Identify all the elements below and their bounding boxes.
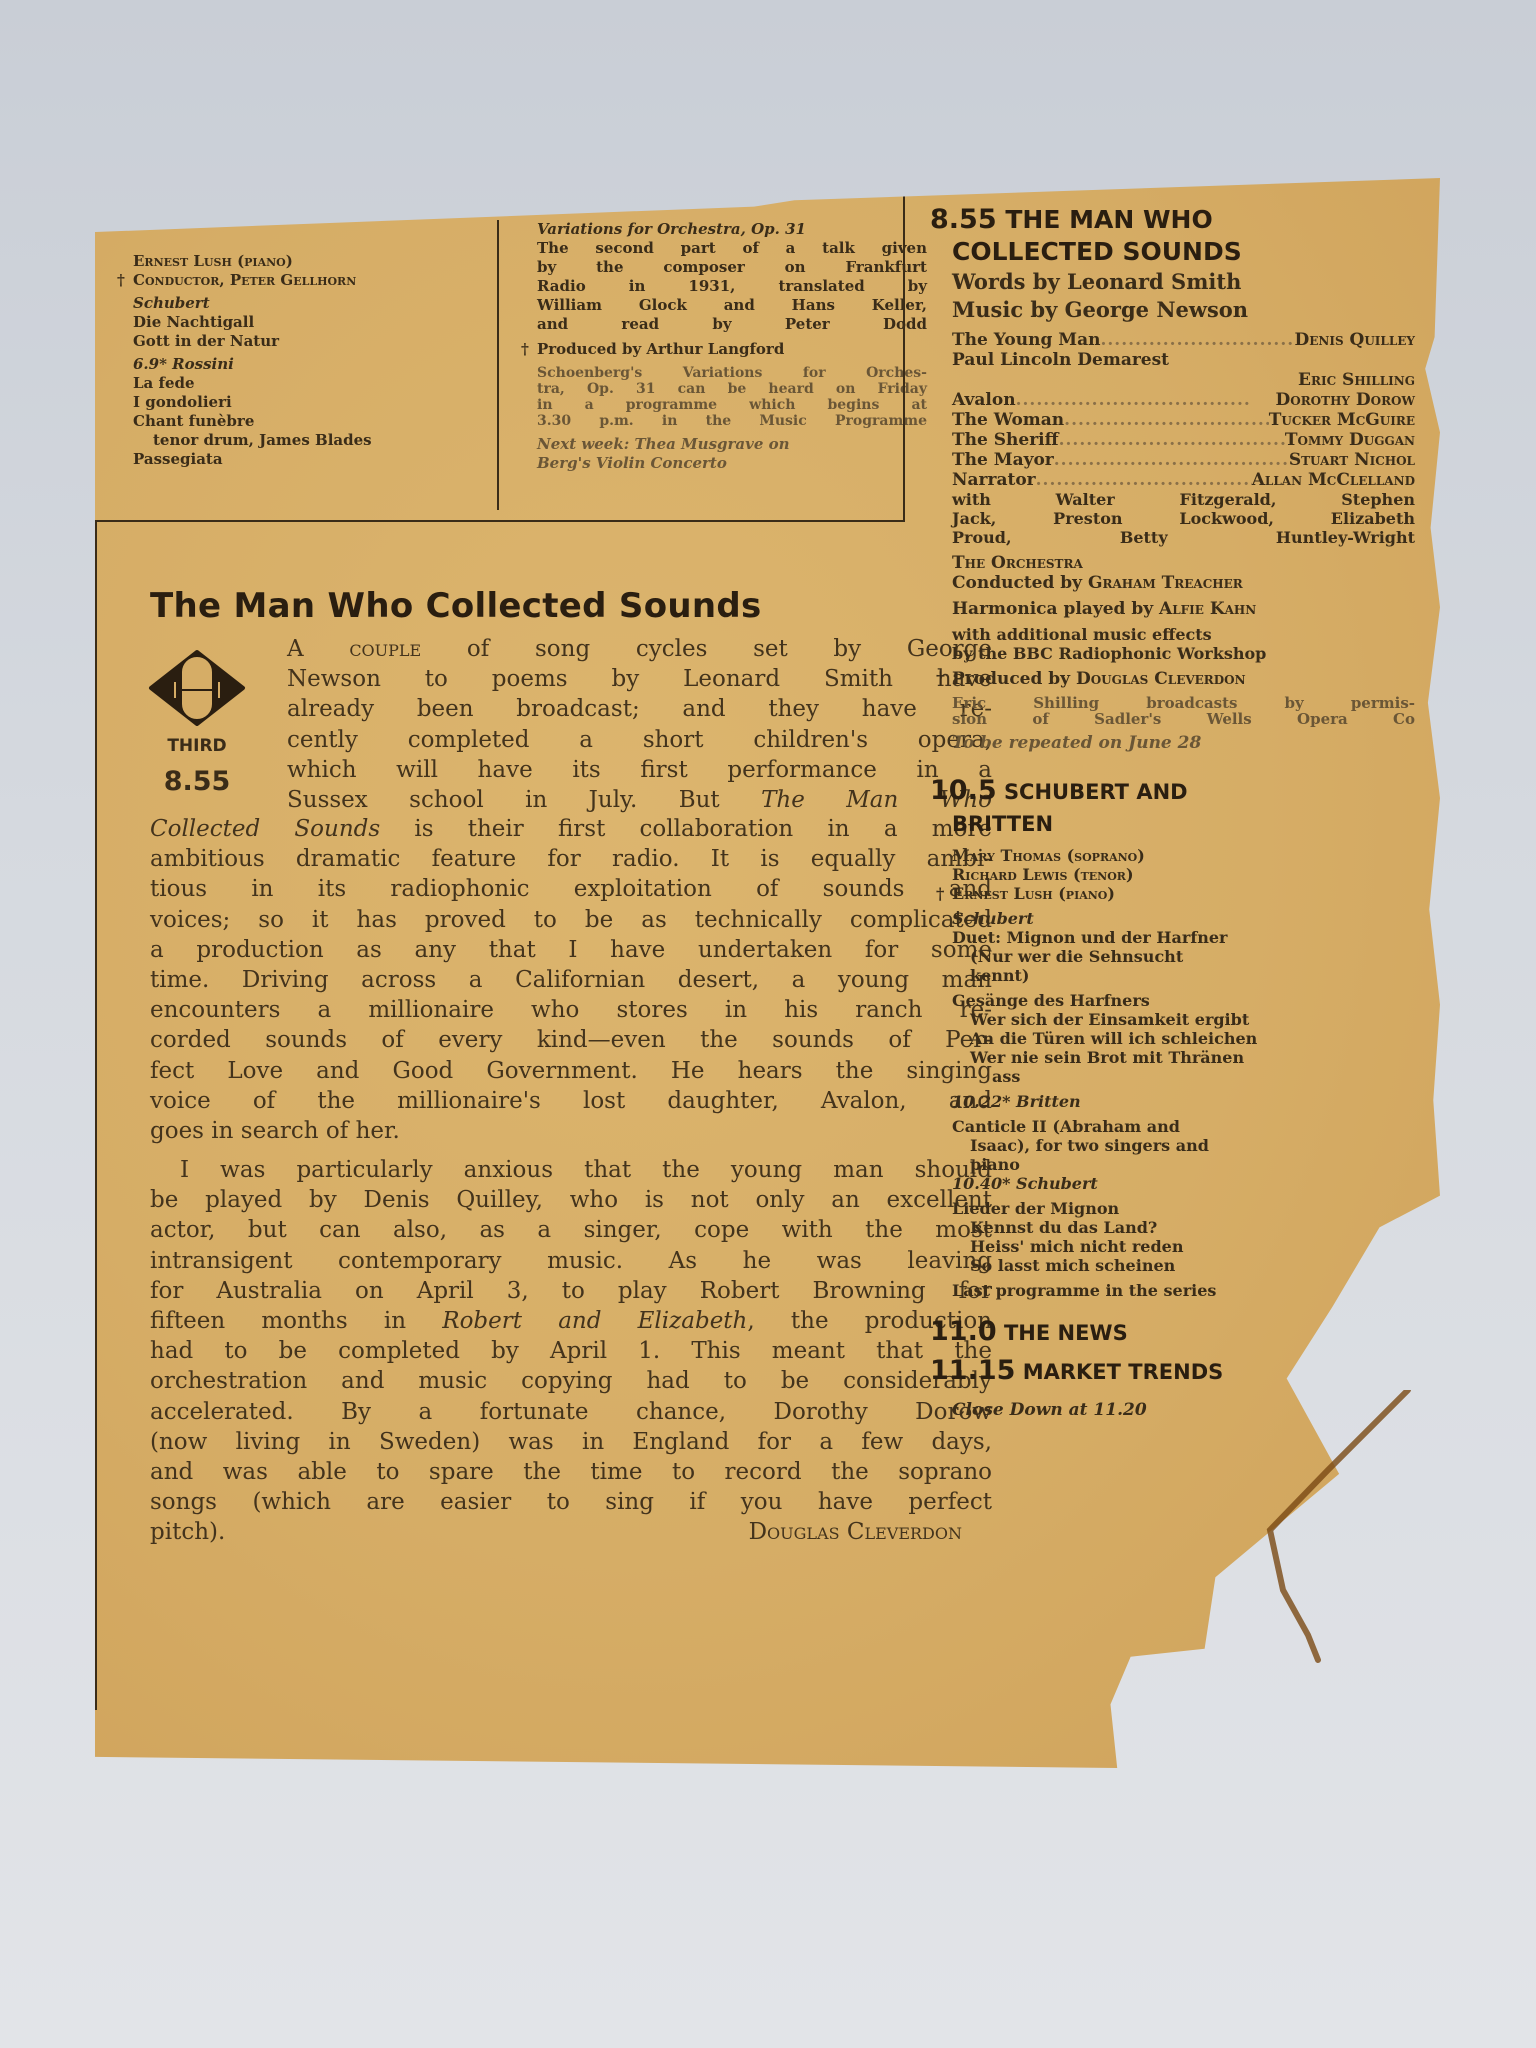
programme-item: kennt): [952, 966, 1415, 985]
text-line: (now living in Sweden) was in England fo…: [150, 1427, 992, 1457]
listing-line: Ernest Lush (piano): [133, 252, 523, 271]
supporting-cast: with Walter Fitzgerald, StephenJack, Pre…: [952, 490, 1415, 547]
programme-item: Wer nie sein Brot mit Thränen: [952, 1048, 1415, 1067]
text-line: already been broadcast; and they have re…: [287, 694, 992, 724]
programme-item: ass: [952, 1067, 1415, 1086]
text-line: and read by Peter Dodd: [537, 315, 927, 334]
text-line: in a programme which begins at: [537, 397, 927, 413]
text-line: with Walter Fitzgerald, Stephen: [952, 490, 1415, 509]
programme-item: (Nur wer die Sehnsucht: [952, 947, 1415, 966]
text-line: time. Driving across a Californian deser…: [150, 965, 992, 995]
listing-line: tenor drum, James Blades: [133, 431, 523, 450]
text-line: accelerated. By a fortunate chance, Doro…: [150, 1397, 992, 1427]
broadcast-time: 8.55: [147, 766, 247, 797]
close-down-note: Close Down at 11.20: [930, 1400, 1415, 1420]
cast-row: The Young Man...........................…: [952, 330, 1415, 350]
leader-dots: ..................................: [1036, 470, 1252, 490]
article-lead: A couple of song cycles set by GeorgeNew…: [287, 634, 992, 815]
text-line: Sussex school in July. But The Man Who: [287, 785, 992, 815]
text-line: with additional music effects: [952, 625, 1415, 644]
leader-dots: ..................................: [1054, 450, 1289, 470]
text-line: Eric Shilling broadcasts by permis-: [952, 695, 1415, 711]
article-paragraph-2: I was particularly anxious that the youn…: [150, 1155, 992, 1548]
text-line: be played by Denis Quilley, who is not o…: [150, 1185, 992, 1215]
programme-heading-110: 11.0 THE NEWS: [930, 1316, 1415, 1349]
listing-line: Passegiata: [133, 450, 523, 469]
cast-row: The Woman...............................…: [952, 410, 1415, 430]
talk-description: The second part of a talk givenby the co…: [537, 239, 927, 334]
text-line: Newson to poems by Leonard Smith have: [287, 664, 992, 694]
drop-word: couple: [349, 636, 421, 662]
text-line: encounters a millionaire who stores in h…: [150, 995, 992, 1025]
text-line: a production as any that I have undertak…: [150, 935, 992, 965]
cast-row: The Sheriff.............................…: [952, 430, 1415, 450]
programme-listings: † Second broadcast 8.55 THE MAN WHO COLL…: [930, 178, 1415, 1420]
cast-actor: Eric Shilling: [952, 370, 1415, 390]
cast-role: Avalon: [952, 390, 1016, 410]
text-line: actor, but can also, as a singer, cope w…: [150, 1215, 992, 1245]
programme-heading-1115: 11.15 MARKET TRENDS: [930, 1355, 1415, 1388]
performer: †Ernest Lush (piano): [952, 884, 1415, 903]
text-line: and was able to spare the time to record…: [150, 1457, 992, 1487]
next-week-note: Next week: Thea Musgrave onBerg's Violin…: [537, 435, 927, 473]
orchestra-label: The Orchestra: [952, 553, 1415, 573]
producer: Douglas Cleverdon: [1076, 669, 1246, 689]
text-line: A couple of song cycles set by George: [287, 634, 992, 664]
text-line: tra, Op. 31 can be heard on Friday: [537, 381, 927, 397]
text-line: voice of the millionaire's lost daughter…: [150, 1086, 992, 1116]
listing-line: Die Nachtigall: [133, 313, 523, 332]
leader-dots: ..................................: [1059, 430, 1285, 450]
article-left-rule: [95, 520, 97, 1710]
cast-role: The Woman: [952, 410, 1064, 430]
text-line: goes in search of her.: [150, 1116, 992, 1146]
cast-actor: Tommy Duggan: [1285, 430, 1415, 450]
text-line: Collected Sounds is their first collabor…: [150, 814, 992, 844]
leader-dots: ..................................: [1064, 410, 1269, 430]
article-body: Collected Sounds is their first collabor…: [150, 814, 992, 1146]
listing-line: Gott in der Natur: [133, 332, 523, 351]
listing-line: La fede: [133, 374, 523, 393]
performer: Richard Lewis (tenor): [952, 865, 1415, 884]
leader-dots: ..................................: [1100, 330, 1294, 350]
text-line: Schoenberg's Variations for Orches-: [537, 365, 927, 381]
listing-line: †Conductor, Peter Gellhorn: [133, 271, 523, 290]
cast-role: The Young Man: [952, 330, 1100, 350]
title-italic: Robert and Elizabeth: [442, 1308, 747, 1334]
leader-dots: ..................................: [1016, 390, 1276, 410]
text-line: Proud, Betty Huntley-Wright: [952, 528, 1415, 547]
text-line: by the composer on Frankfurt: [537, 258, 927, 277]
signature-line: pitch).Douglas Cleverdon: [150, 1517, 992, 1547]
programme-item: 10.22* Britten: [952, 1092, 1415, 1111]
cast-actor: Denis Quilley: [1294, 330, 1415, 350]
text-line: for Australia on April 3, to play Robert…: [150, 1276, 992, 1306]
closing-text: pitch).: [150, 1517, 225, 1547]
text-line: William Glock and Hans Keller,: [537, 296, 927, 315]
text-line: sion of Sadler's Wells Opera Co: [952, 711, 1415, 727]
text-line: voices; so it has proved to be as techni…: [150, 905, 992, 935]
text-line: corded sounds of every kind—even the sou…: [150, 1025, 992, 1055]
title-italic: Collected Sounds: [150, 816, 380, 842]
programme-item: 10.40* Schubert: [952, 1174, 1415, 1193]
cast-actor: Stuart Nichol: [1289, 450, 1415, 470]
programme-item: Duet: Mignon und der Harfner: [952, 928, 1415, 947]
third-programme-badge: THIRD 8.55: [147, 648, 247, 797]
second-broadcast-note: † Second broadcast: [920, 172, 1415, 192]
text-line: orchestration and music copying had to b…: [150, 1366, 992, 1396]
listing-line: Chant funèbre: [133, 412, 523, 431]
programme-item: Canticle II (Abraham and: [952, 1117, 1415, 1136]
programme-item: Lieder der Mignon: [952, 1199, 1415, 1218]
permission-note: Eric Shilling broadcasts by permis-sion …: [952, 695, 1415, 727]
cast-list: The Young Man...........................…: [952, 330, 1415, 490]
programme-heading-855: 8.55 THE MAN WHO COLLECTED SOUNDS: [930, 204, 1415, 268]
text-line: had to be completed by April 1. This mea…: [150, 1336, 992, 1366]
repeat-note: To be repeated on June 28: [952, 733, 1415, 753]
performer: Mary Thomas (soprano): [952, 846, 1415, 865]
horizontal-rule: [95, 520, 905, 522]
programme-item: Kennst du das Land?: [952, 1218, 1415, 1237]
text-line: cently completed a short children's oper…: [287, 725, 992, 755]
text-line: intransigent contemporary music. As he w…: [150, 1246, 992, 1276]
top-middle-listing: Variations for Orchestra, Op. 31 The sec…: [527, 220, 927, 473]
text-line: Berg's Violin Concerto: [537, 454, 927, 473]
broadcast-note: Schoenberg's Variations for Orches-tra, …: [537, 365, 927, 429]
programme-heading-105: 10.5 SCHUBERT AND BRITTEN: [930, 775, 1415, 840]
listing-line: I gondolieri: [133, 393, 523, 412]
text-line: 3.30 p.m. in the Music Programme: [537, 413, 927, 429]
cast-row: Avalon..................................…: [952, 390, 1415, 410]
harmonica-player: Alfie Kahn: [1159, 599, 1256, 619]
effects-credit: with additional music effectsby the BBC …: [952, 625, 1415, 663]
cast-actor: Dorothy Dorow: [1276, 390, 1415, 410]
text-line: fifteen months in Robert and Elizabeth, …: [150, 1306, 992, 1336]
programme-item: An die Türen will ich schleichen: [952, 1029, 1415, 1048]
text-line: Radio in 1931, translated by: [537, 277, 927, 296]
text-line: The second part of a talk given: [537, 239, 927, 258]
text-line: tious in its radiophonic exploitation of…: [150, 874, 992, 904]
programme-item: Last programme in the series: [952, 1281, 1415, 1300]
programme-item: Schubert: [952, 909, 1415, 928]
cast-row: Narrator................................…: [952, 470, 1415, 490]
programme-items: SchubertDuet: Mignon und der Harfner(Nur…: [952, 909, 1415, 1300]
producer-credit: Produced by Arthur Langford: [537, 340, 784, 358]
performers-list: Mary Thomas (soprano)Richard Lewis (teno…: [952, 846, 1415, 903]
cast-actor: Allan McClelland: [1252, 470, 1415, 490]
text-line: I was particularly anxious that the youn…: [150, 1155, 992, 1185]
column-rule: [903, 196, 905, 521]
cast-row: The Mayor...............................…: [952, 450, 1415, 470]
words-credit: Words by Leonard Smith: [952, 268, 1415, 296]
text-line: Jack, Preston Lockwood, Elizabeth: [952, 509, 1415, 528]
programme-item: piano: [952, 1155, 1415, 1174]
cast-role: Narrator: [952, 470, 1036, 490]
text-line: fect Love and Good Government. He hears …: [150, 1056, 992, 1086]
text-line: by the BBC Radiophonic Workshop: [952, 644, 1415, 663]
listing-line: Schubert: [133, 294, 523, 313]
bbc-third-programme-logo-icon: [147, 648, 247, 728]
cast-role: Paul Lincoln Demarest: [952, 350, 1415, 370]
work-title: Variations for Orchestra, Op. 31: [537, 220, 927, 239]
text-line: which will have its first performance in…: [287, 755, 992, 785]
article-title: The Man Who Collected Sounds: [150, 586, 762, 626]
programme-item: Gesänge des Harfners: [952, 991, 1415, 1010]
text-line: ambitious dramatic feature for radio. It…: [150, 844, 992, 874]
cast-actor: Tucker McGuire: [1269, 410, 1415, 430]
text-line: Next week: Thea Musgrave on: [537, 435, 927, 454]
programme-item: So lasst mich scheinen: [952, 1256, 1415, 1275]
cast-role: The Mayor: [952, 450, 1054, 470]
channel-label: THIRD: [147, 736, 247, 756]
column-rule: [497, 220, 499, 510]
top-left-listing: Ernest Lush (piano)†Conductor, Peter Gel…: [133, 252, 523, 469]
listing-line: 6.9* Rossini: [133, 355, 523, 374]
programme-item: Isaac), for two singers and: [952, 1136, 1415, 1155]
programme-item: Wer sich der Einsamkeit ergibt: [952, 1010, 1415, 1029]
programme-item: Heiss' mich nicht reden: [952, 1237, 1415, 1256]
text-line: songs (which are easier to sing if you h…: [150, 1487, 992, 1517]
cast-role: The Sheriff: [952, 430, 1059, 450]
author-signature: Douglas Cleverdon: [749, 1517, 962, 1547]
music-credit: Music by George Newson: [952, 296, 1415, 324]
newspaper-clipping: Ernest Lush (piano)†Conductor, Peter Gel…: [95, 178, 1440, 1768]
conductor: Graham Treacher: [1088, 573, 1243, 593]
